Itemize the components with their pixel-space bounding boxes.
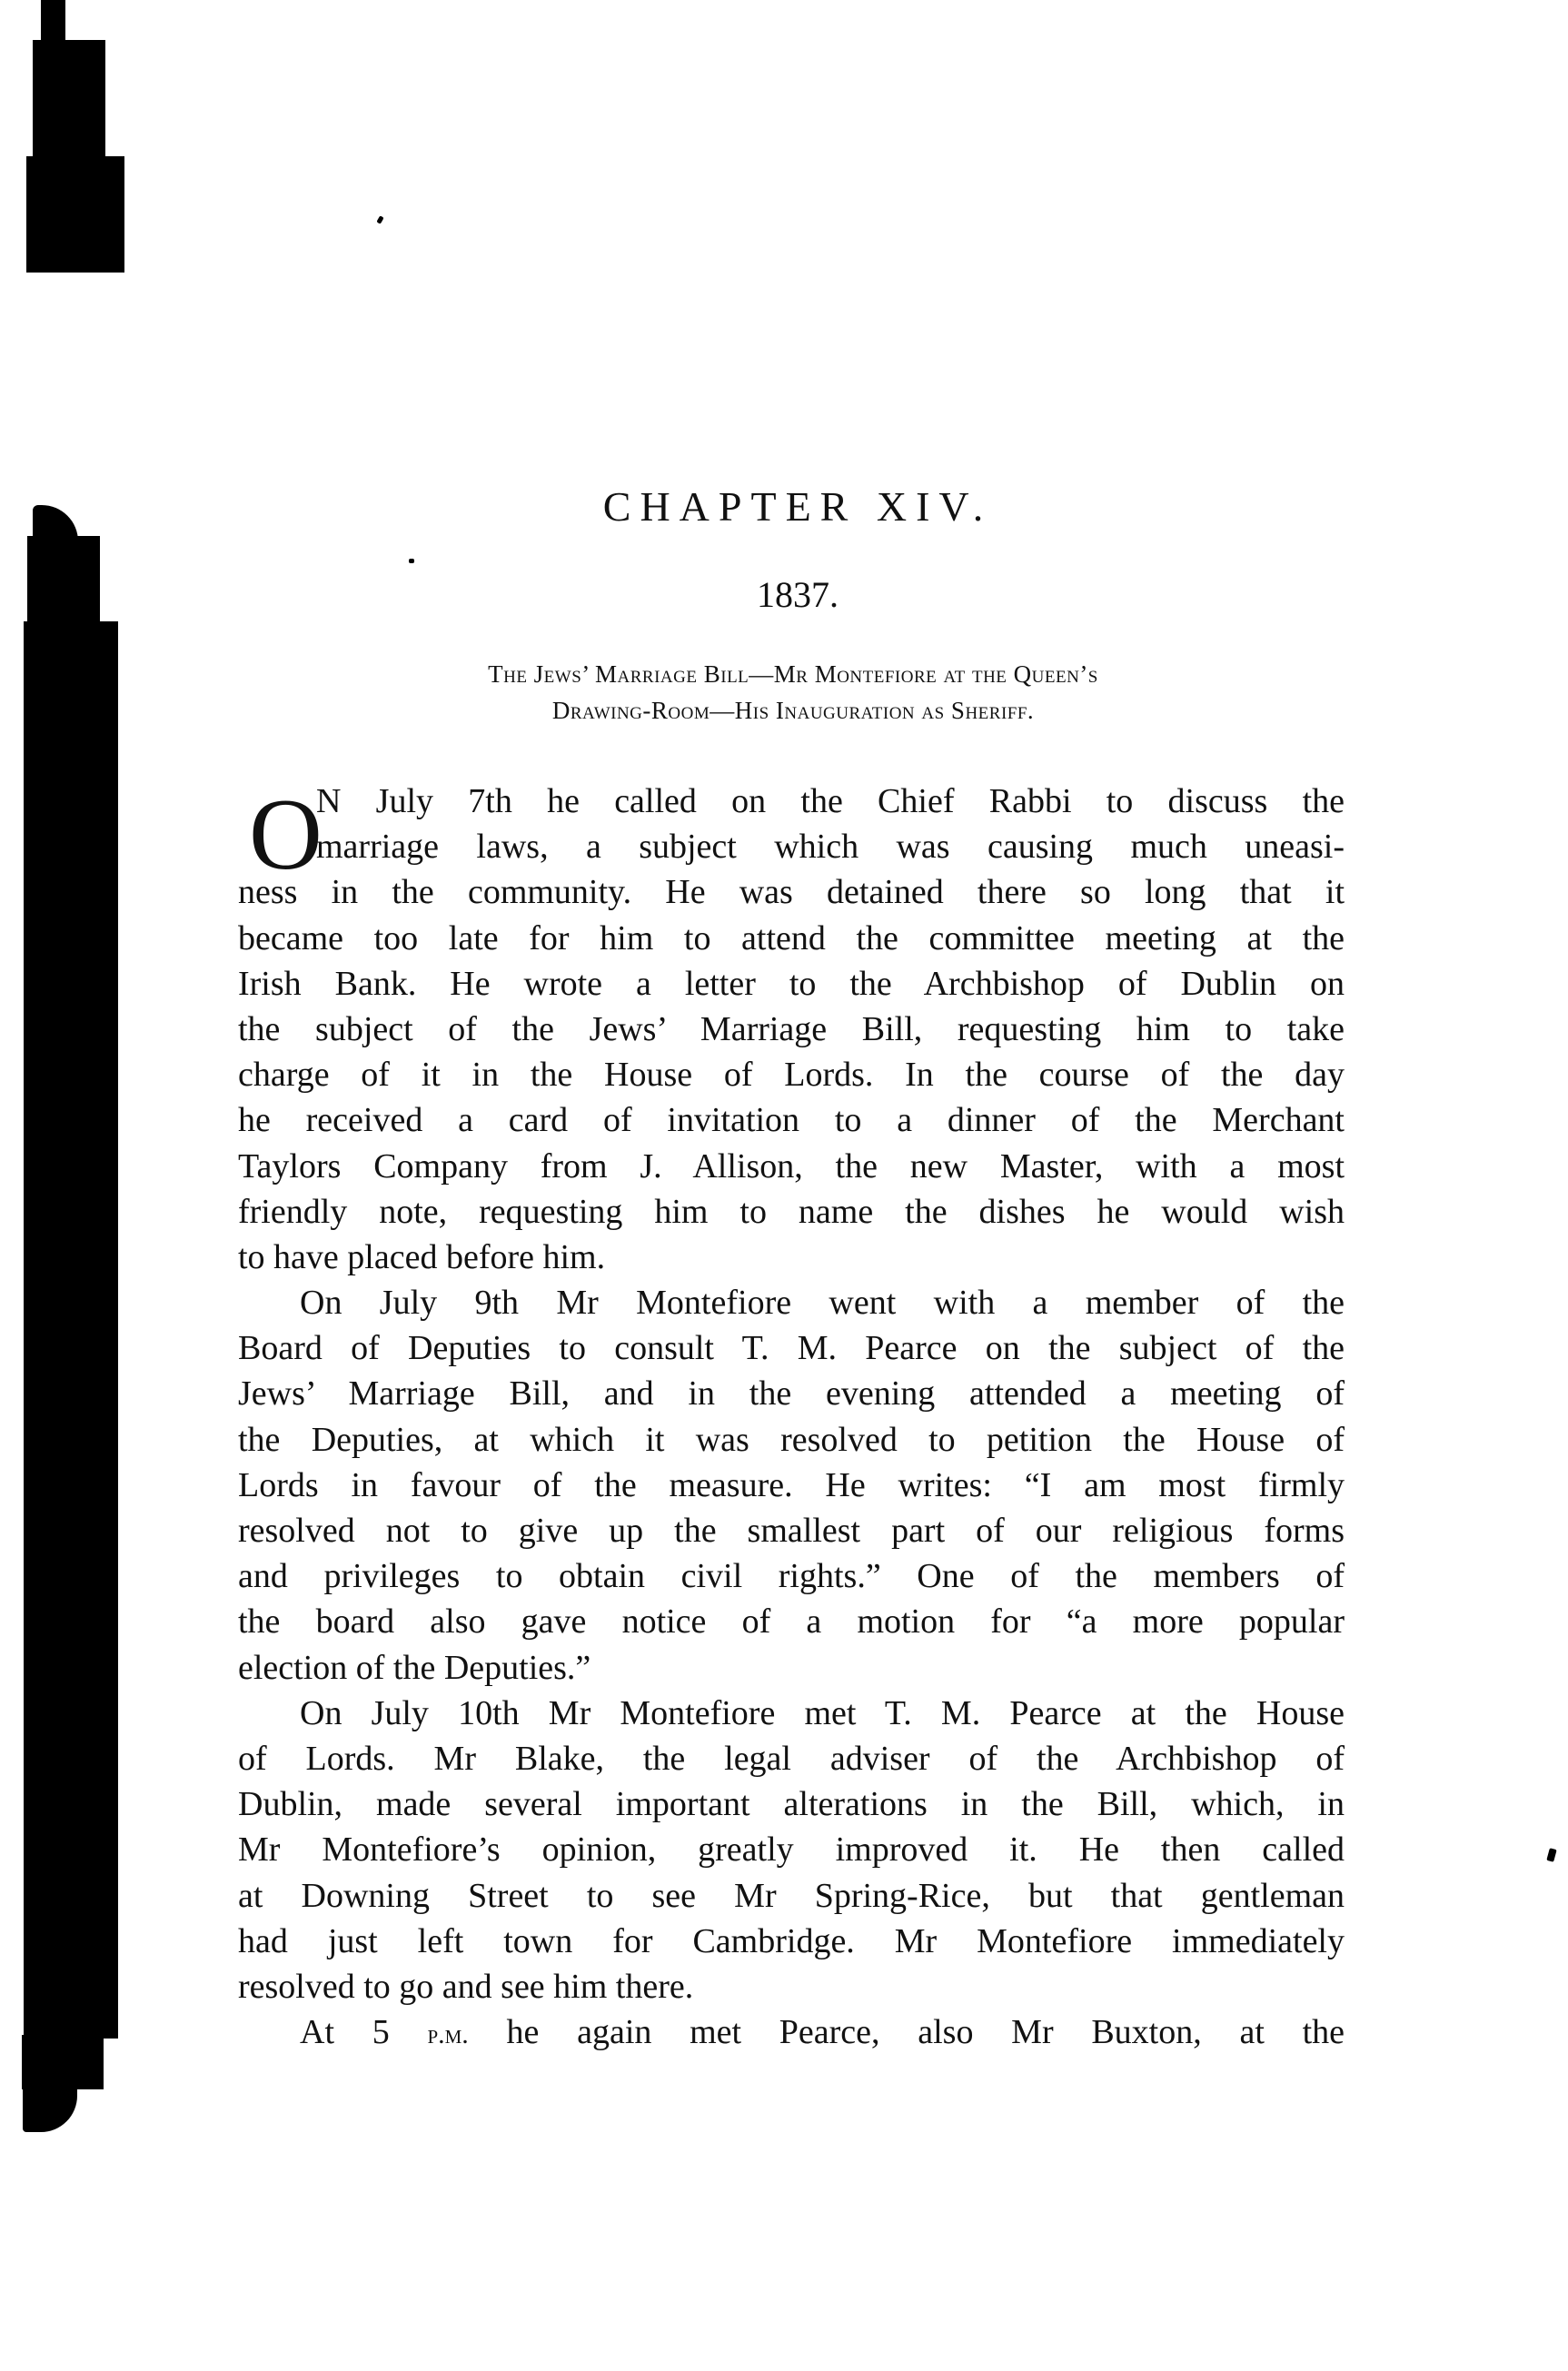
body-line: Lords in favour of the measure. He write…	[238, 1463, 1345, 1508]
chapter-year: 1837.	[0, 570, 1568, 620]
body-line: Jews’ Marriage Bill, and in the evening …	[238, 1371, 1345, 1416]
scan-edge-shadow-top	[33, 40, 105, 156]
body-line: at Downing Street to see Mr Spring-Rice,…	[238, 1873, 1345, 1919]
ink-speck	[1546, 1848, 1556, 1862]
body-line: had just left town for Cambridge. Mr Mon…	[238, 1919, 1345, 1964]
body-line: On July 9th Mr Montefiore went with a me…	[238, 1280, 1345, 1325]
scan-edge-shadow-top	[41, 0, 65, 40]
body-line: Irish Bank. He wrote a letter to the Arc…	[238, 961, 1345, 1007]
body-line: resolved not to give up the smallest par…	[238, 1508, 1345, 1553]
body-text-run: At 5	[300, 2013, 427, 2051]
body-line: became too late for him to attend the co…	[238, 916, 1345, 961]
ink-speck	[376, 215, 383, 223]
scan-edge-shadow-left	[24, 621, 118, 2039]
body-line: Taylors Company from J. Allison, the new…	[238, 1144, 1345, 1189]
chapter-summary-line: The Jews’ Marriage Bill—Mr Montefiore at…	[238, 656, 1348, 692]
chapter-summary: The Jews’ Marriage Bill—Mr Montefiore at…	[238, 656, 1348, 729]
scan-edge-shadow-left	[22, 2035, 104, 2089]
body-line: and privileges to obtain civil rights.” …	[238, 1553, 1345, 1599]
body-line: Dublin, made several important alteratio…	[238, 1781, 1345, 1827]
body-lines: N July 7th he called on the Chief Rabbi …	[238, 779, 1345, 2009]
body-line: charge of it in the House of Lords. In t…	[238, 1052, 1345, 1097]
scan-edge-shadow-left	[23, 2085, 77, 2132]
body-line: Mr Montefiore’s opinion, greatly improve…	[238, 1827, 1345, 1872]
chapter-body: O N July 7th he called on the Chief Rabb…	[238, 779, 1345, 2055]
body-line: friendly note, requesting him to name th…	[238, 1189, 1345, 1235]
body-line: resolved to go and see him there.	[238, 1964, 1345, 2009]
body-line: At 5 p.m. he again met Pearce, also Mr B…	[238, 2009, 1345, 2055]
scan-edge-shadow-top	[26, 156, 124, 273]
chapter-summary-line: Drawing-Room—His Inauguration as Sheriff…	[238, 692, 1348, 729]
body-line: of Lords. Mr Blake, the legal adviser of…	[238, 1736, 1345, 1781]
drop-cap: O	[249, 789, 323, 880]
small-caps-time: p.m.	[427, 2019, 468, 2049]
body-line: he received a card of invitation to a di…	[238, 1097, 1345, 1143]
body-line: the Deputies, at which it was resolved t…	[238, 1417, 1345, 1463]
body-line: election of the Deputies.”	[238, 1645, 1345, 1691]
body-line: the board also gave notice of a motion f…	[238, 1599, 1345, 1644]
body-line: the subject of the Jews’ Marriage Bill, …	[238, 1007, 1345, 1052]
body-line: N July 7th he called on the Chief Rabbi …	[238, 779, 1345, 824]
body-line: Board of Deputies to consult T. M. Pearc…	[238, 1325, 1345, 1371]
chapter-title: CHAPTER XIV.	[0, 480, 1568, 534]
body-line: marriage laws, a subject which was causi…	[238, 824, 1345, 869]
body-line: ness in the community. He was detained t…	[238, 869, 1345, 915]
body-text-run: he again met Pearce, also Mr Buxton, at …	[469, 2013, 1345, 2051]
body-line: On July 10th Mr Montefiore met T. M. Pea…	[238, 1691, 1345, 1736]
body-line: to have placed before him.	[238, 1235, 1345, 1280]
ink-speck	[409, 559, 414, 563]
